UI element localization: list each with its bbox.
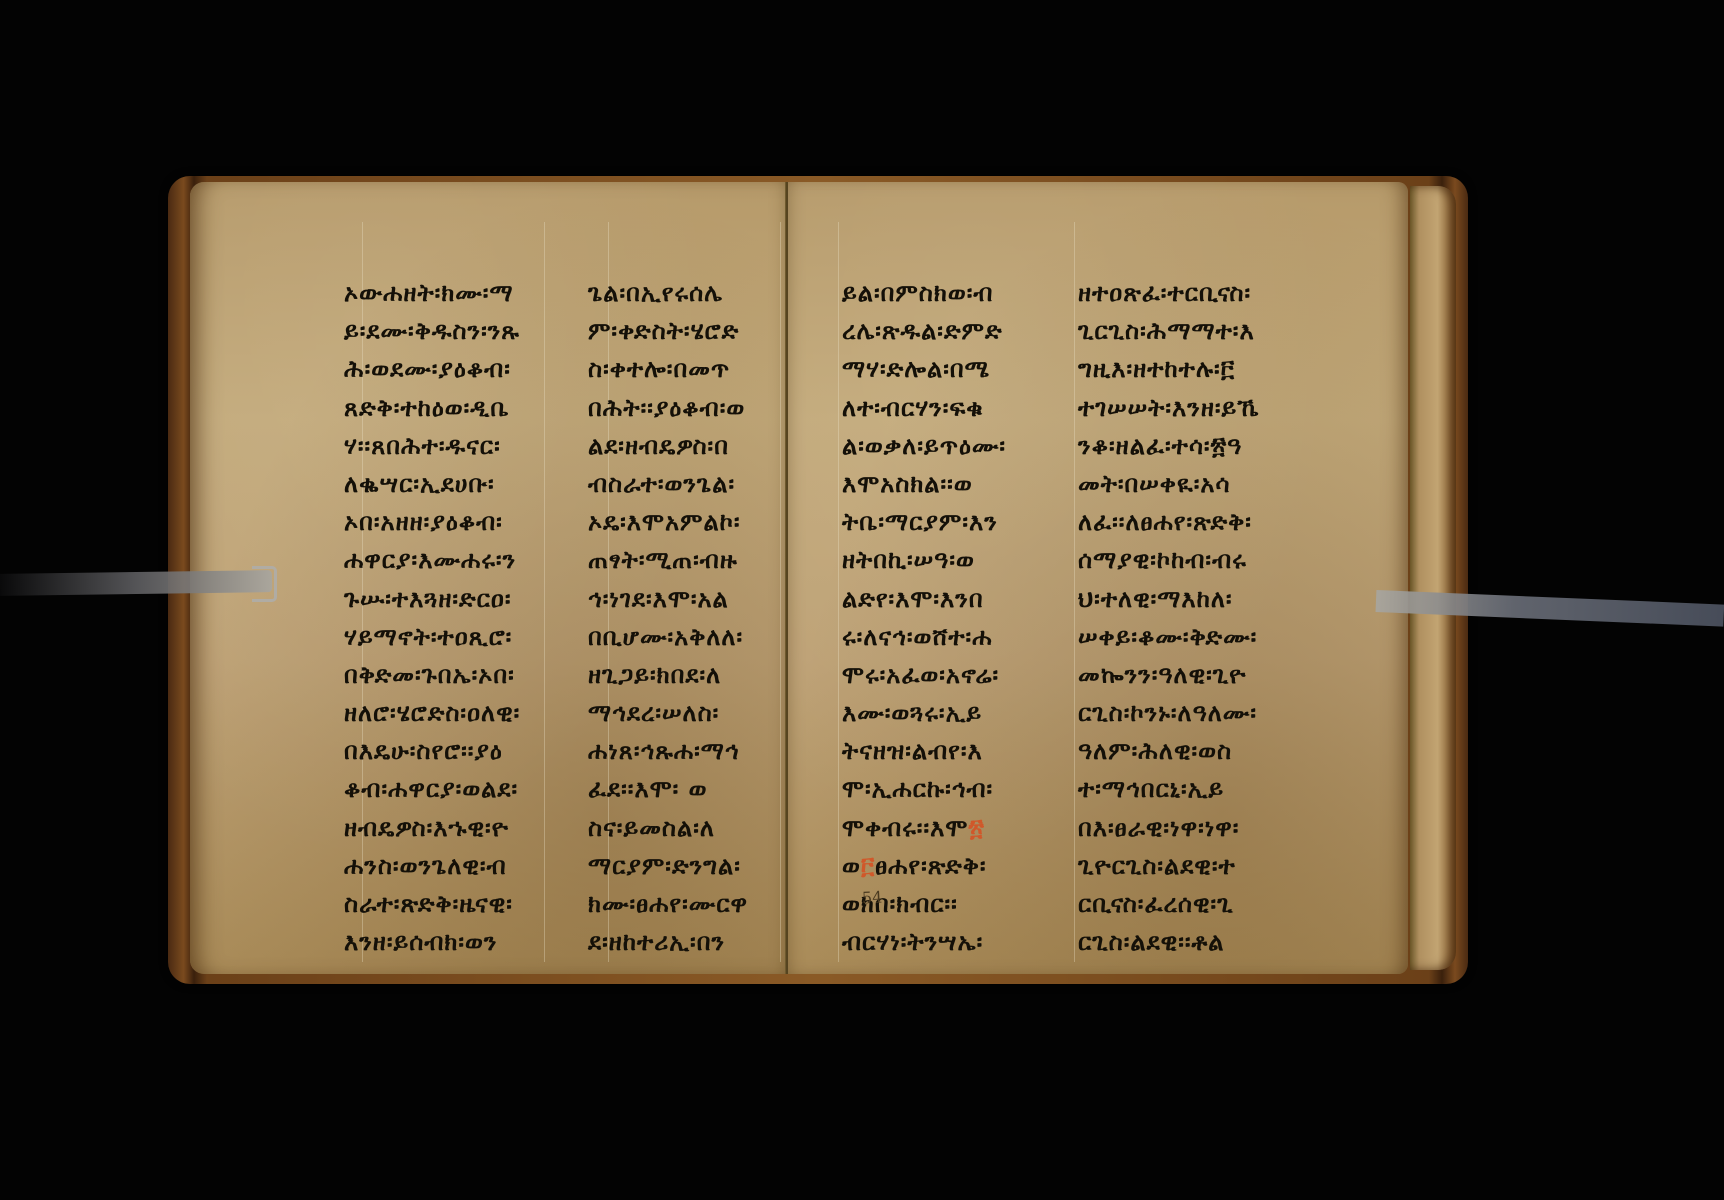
text-line: ቆብ፡ሐዋርያ፡ወልደ፡: [344, 770, 520, 808]
ruling-line: [838, 222, 839, 962]
text-line: ዘተዐጽፈ፡ተርቢናስ፡: [1078, 274, 1259, 312]
text-line: ጉሡ፡ተእጓዘ፡ድርዐ፡: [344, 580, 520, 618]
text-line: ሃ፡፡ጸበሕተ፡ዱናር፡: [344, 427, 520, 465]
text-line: ፈደ፡፡እሞ፡ ወ: [588, 770, 748, 808]
text-line: ተገሠሠት፡እንዘ፡ይኼ: [1078, 389, 1259, 427]
text-line: ሞሩ፡አፈወ፡አኖሬ፡: [842, 656, 1006, 694]
text-line-segment: ሞቀብሩ፡፡እሞ: [842, 814, 968, 842]
text-line-segment: ወ: [842, 852, 861, 880]
text-line: ማኅደረ፡ሠለስ፡: [588, 694, 748, 732]
text-line: ይል፡በምስክወ፡ብ: [842, 274, 1006, 312]
text-line: ክሙ፡ፀሐየ፡ሙርዋ: [588, 885, 748, 923]
open-manuscript: ኦውሐዘት፡ክሙ፡ማ ይ፡ደሙ፡ቅዱስን፡ንጹ ሕ፡ወደሙ፡ያዕቆብ፡ ጸድቅ፡…: [168, 176, 1468, 984]
text-line: ለፈ፡፡ለፀሐየ፡ጽድቅ፡: [1078, 503, 1259, 541]
text-line: ማሃ፡ድሎል፡በሜ: [842, 350, 1006, 388]
folio-number: 54: [862, 887, 883, 907]
text-line: ይ፡ደሙ፡ቅዱስን፡ንጹ: [344, 312, 520, 350]
text-line: ስራተ፡ጽድቅ፡ዜናዊ፡: [344, 885, 520, 923]
text-line: ትናዘዝ፡ልብየ፡እ: [842, 732, 1006, 770]
text-line: ርጊስ፡ልደዊ፡፡ቶል: [1078, 923, 1259, 961]
text-line: ኦውሐዘት፡ክሙ፡ማ: [344, 274, 520, 312]
text-line: ሃይማኖት፡ተዐጺሮ፡: [344, 618, 520, 656]
text-line: በእዴሁ፡ስየሮ፡፡ያዕ: [344, 732, 520, 770]
text-line: እሙ፡ወጓሩ፡ኢይ: [842, 694, 1006, 732]
text-line: ተ፡ማኅበርኒ፡ኢይ: [1078, 770, 1259, 808]
rubric-numeral: ፫: [861, 852, 875, 880]
text-line: ጠፃት፡ሚጠ፡ብዙ: [588, 541, 748, 579]
text-line: ወ፫ፀሐየ፡ጽድቅ፡: [842, 847, 1006, 885]
text-line: ስ፡ቀተሎ፡በመጥ: [588, 350, 748, 388]
text-line: ም፡ቀድስት፡ሄሮድ: [588, 312, 748, 350]
text-line: ሰማያዊ፡ኮከብ፡ብሩ: [1078, 541, 1259, 579]
text-line: ሠቀይ፡ቆሙ፡ቅድሙ፡: [1078, 618, 1259, 656]
text-line: ዘለሮ፡ሄሮድስ፡ዐለዊ፡: [344, 694, 520, 732]
text-line: ዘጊጋይ፡ክበደ፡ለ: [588, 656, 748, 694]
text-line: ንቆ፡ዘልፈ፡ተሳ፡፳ዓ: [1078, 427, 1259, 465]
text-line: ሐንስ፡ወንጌለዊ፡ብ: [344, 847, 520, 885]
text-line: ልድየ፡እሞ፡እንበ: [842, 580, 1006, 618]
text-line: ጌል፡በኢየሩሰሌ: [588, 274, 748, 312]
text-line: ሞ፡ኢሐርኩ፡ኅብ፡: [842, 770, 1006, 808]
text-line: ልደ፡ዘብዴዎስ፡በ: [588, 427, 748, 465]
text-line: ዘትበኪ፡ሠዓ፡ወ: [842, 541, 1006, 579]
text-line: ብርሃነ፡ትንሣኤ፡: [842, 923, 1006, 961]
text-line: ኅ፡ነገደ፡እሞ፡አል: [588, 580, 748, 618]
text-line: ሕ፡ወደሙ፡ያዕቆብ፡: [344, 350, 520, 388]
text-line: በእ፡ፀራዊ፡ነዋ፡ነዋ፡: [1078, 809, 1259, 847]
text-line: ረሌ፡ጽዱል፡ድምድ: [842, 312, 1006, 350]
text-line: ብስራተ፡ወንጌል፡: [588, 465, 748, 503]
text-line: በቢሆሙ፡አቅለለ፡: [588, 618, 748, 656]
text-line: በቅድመ፡ጉበኤ፡ኦበ፡: [344, 656, 520, 694]
text-line: ጊዮርጊስ፡ልደዊ፡ተ: [1078, 847, 1259, 885]
text-line: ለቈሣር፡ኢደሀቡ፡: [344, 465, 520, 503]
text-line: ሐዋርያ፡እሙሐሩ፡ን: [344, 541, 520, 579]
text-line: ሐነጸ፡ኅጹሐ፡ማኅ: [588, 732, 748, 770]
text-line: ጸድቅ፡ተከዕወ፡ዲቤ: [344, 389, 520, 427]
right-page-column-1: ይል፡በምስክወ፡ብ ረሌ፡ጽዱል፡ድምድ ማሃ፡ድሎል፡በሜ ለተ፡ብርሃን፡…: [842, 274, 1006, 961]
text-line: መት፡በሠቀዪ፡አሳ: [1078, 465, 1259, 503]
text-line: ደ፡ዘከተሪኢ፡በን: [588, 923, 748, 961]
text-line: ሞቀብሩ፡፡እሞ፳: [842, 809, 1006, 847]
text-line: ስና፡ይመስል፡ለ: [588, 809, 748, 847]
text-line: እንዘ፡ይሰብክ፡ወን: [344, 923, 520, 961]
text-line: ማርያም፡ድንግል፡: [588, 847, 748, 885]
left-page-column-1: ኦውሐዘት፡ክሙ፡ማ ይ፡ደሙ፡ቅዱስን፡ንጹ ሕ፡ወደሙ፡ያዕቆብ፡ ጸድቅ፡…: [344, 274, 520, 961]
text-line: ል፡ወቃለ፡ይጥዕሙ፡: [842, 427, 1006, 465]
text-line: ለተ፡ብርሃን፡ፍቁ: [842, 389, 1006, 427]
ribbon-bookmark-left-fold: [252, 566, 277, 602]
text-line: ግዚእ፡ዘተከተሉ፡፫: [1078, 350, 1259, 388]
rubric-numeral: ፳: [968, 814, 985, 842]
left-page-column-2: ጌል፡በኢየሩሰሌ ም፡ቀድስት፡ሄሮድ ስ፡ቀተሎ፡በመጥ በሕት፡፡ያዕቆብ…: [588, 274, 748, 961]
text-line: ሩ፡ለናኅ፡ወሸተ፡ሐ: [842, 618, 1006, 656]
right-page-column-2: ዘተዐጽፈ፡ተርቢናስ፡ ጊርጊስ፡ሕማማተ፡እ ግዚእ፡ዘተከተሉ፡፫ ተገሠ…: [1078, 274, 1259, 961]
text-line: ርጊስ፡ኮንኑ፡ለዓለሙ፡: [1078, 694, 1259, 732]
page-edge-stack: [1410, 186, 1456, 970]
text-line: ህ፡ተለዊ፡ማእከለ፡: [1078, 580, 1259, 618]
text-line-segment: ፀሐየ፡ጽድቅ፡: [875, 852, 986, 880]
text-line: መኰንን፡ዓለዊ፡ጊዮ: [1078, 656, 1259, 694]
text-line: እሞአስክል፡፡ወ: [842, 465, 1006, 503]
ribbon-bookmark-left: [0, 570, 272, 596]
text-line: ጊርጊስ፡ሕማማተ፡እ: [1078, 312, 1259, 350]
text-line: ዘብዴዎስ፡እኁዊ፡ዮ: [344, 809, 520, 847]
text-line: ርቢናስ፡ፈረሰዊ፡ጊ: [1078, 885, 1259, 923]
ruling-line: [544, 222, 545, 962]
text-line: ትቤ፡ማርያም፡እን: [842, 503, 1006, 541]
ruling-line: [1074, 222, 1075, 962]
text-line: ኦበ፡አዘዘ፡ያዕቆብ፡: [344, 503, 520, 541]
ruling-line: [780, 222, 781, 962]
text-line: ዓለም፡ሕለዊ፡ወስ: [1078, 732, 1259, 770]
text-line: ኦዴ፡እሞአምልኮ፡: [588, 503, 748, 541]
text-line: በሕት፡፡ያዕቆብ፡ወ: [588, 389, 748, 427]
